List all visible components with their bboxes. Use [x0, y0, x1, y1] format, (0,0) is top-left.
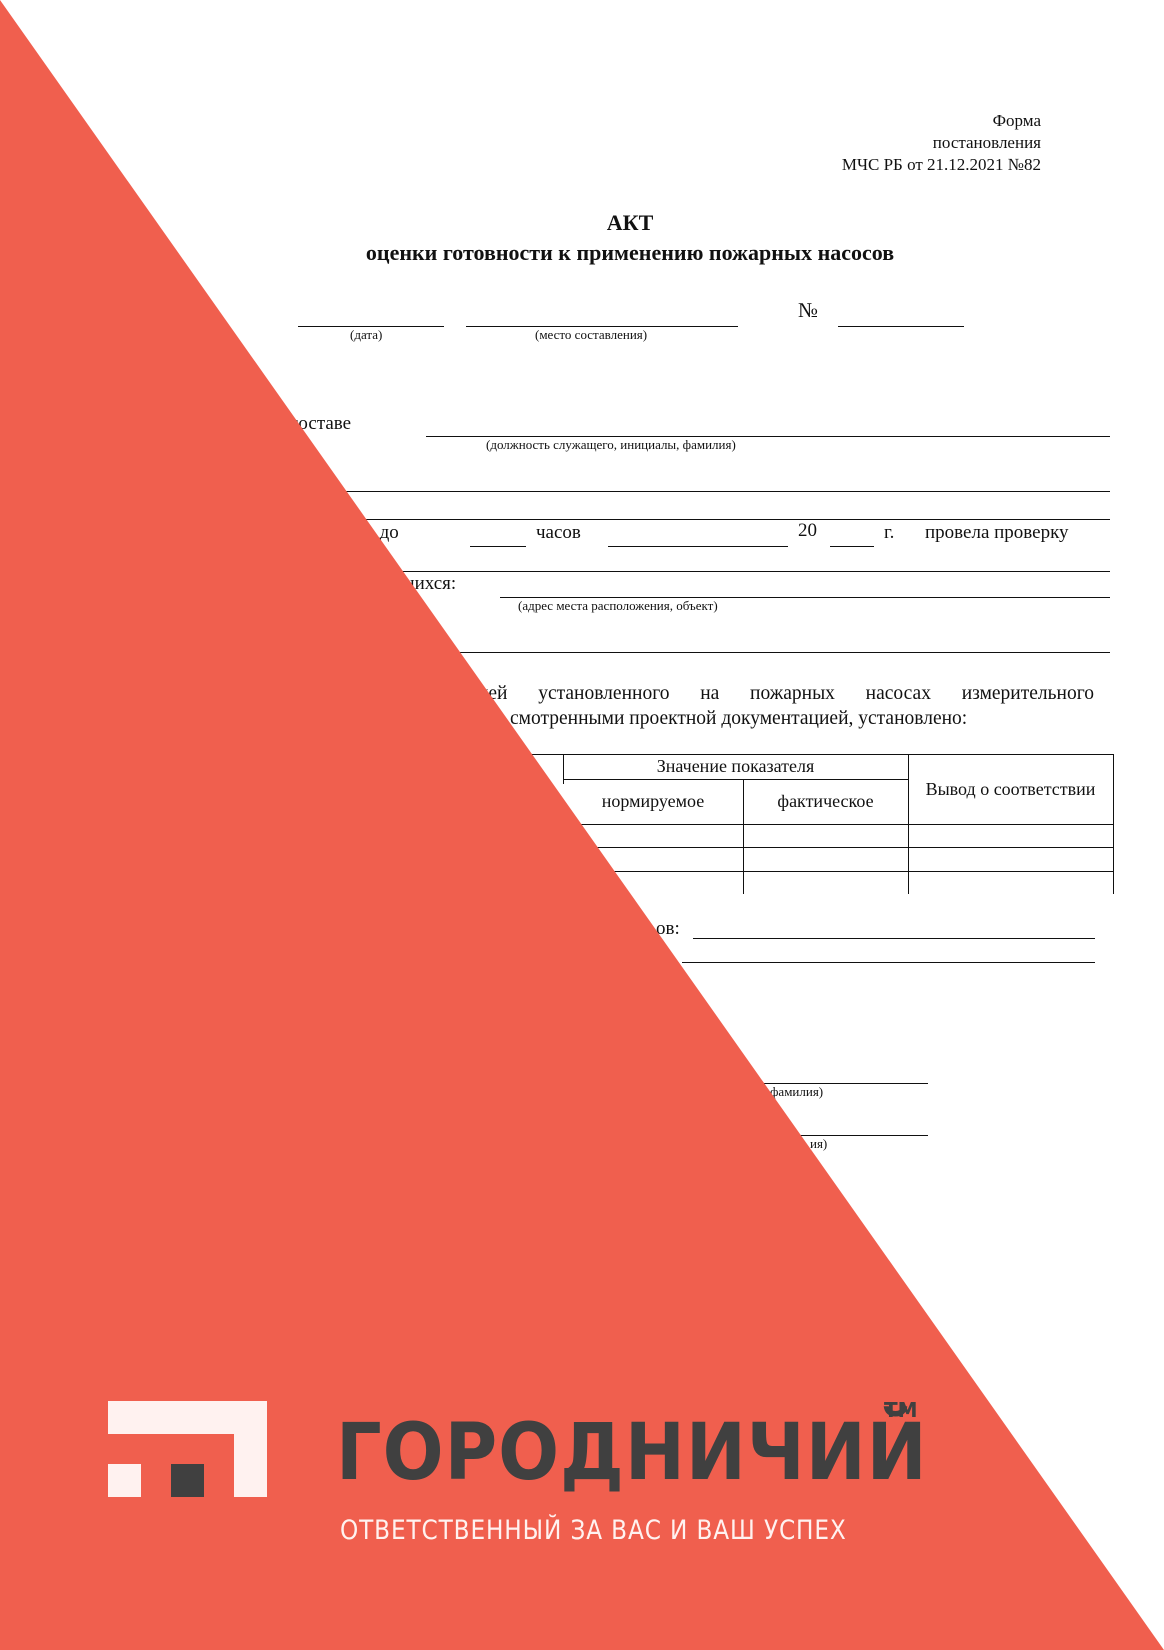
composition-line-3[interactable] — [334, 519, 1110, 520]
document-title: АКТ оценки готовности к применению пожар… — [0, 208, 1164, 268]
check-line[interactable] — [370, 571, 1110, 572]
form-resolution: постановления — [842, 132, 1041, 154]
number-line[interactable] — [838, 326, 964, 327]
located-label: щихся: — [400, 573, 456, 595]
year-prefix: 20 — [798, 520, 817, 542]
located-line-2[interactable] — [440, 652, 1110, 653]
date-check-line[interactable] — [608, 546, 788, 547]
title-main: АКТ — [0, 208, 1164, 238]
composition-line-2[interactable] — [314, 491, 1110, 492]
signature-caption-2: ия) — [810, 1136, 827, 1152]
composition-label: составе — [290, 413, 351, 435]
form-header: Форма постановления МЧС РБ от 21.12.2021… — [842, 110, 1041, 176]
paragraph-line-1: елей установленного на пожарных насосах … — [470, 683, 1094, 705]
year-line[interactable] — [830, 546, 874, 547]
form-label: Форма — [842, 110, 1041, 132]
number-sign: № — [798, 298, 818, 323]
located-caption: (адрес места расположения, объект) — [518, 598, 718, 614]
place-caption: (место составления) — [535, 327, 647, 343]
hours-from-label: часов до — [330, 522, 399, 544]
after-table-line[interactable] — [693, 938, 1095, 939]
title-sub: оценки готовности к применению пожарных … — [0, 238, 1164, 268]
signature-caption-1: фамилия) — [770, 1084, 823, 1100]
brand-tagline: ОТВЕТСТВЕННЫЙ ЗА ВАС И ВАШ УСПЕХ — [340, 1515, 847, 1546]
table-col-normative: нормируемое — [563, 791, 743, 812]
composition-caption: (должность служащего, инициалы, фамилия) — [486, 437, 736, 453]
hours-to-line[interactable] — [470, 546, 526, 547]
brand-name: ГОРОДНИЧИЙ — [336, 1408, 928, 1498]
year-suffix: г. — [884, 522, 894, 544]
table-col-conclusion: Вывод о соответствии — [908, 779, 1113, 800]
after-table-label: ов: — [656, 918, 680, 940]
signature-line-2[interactable] — [750, 1135, 928, 1136]
date-caption: (дата) — [350, 327, 382, 343]
after-table-line-2[interactable] — [682, 962, 1095, 963]
table-group-header: Значение показателя — [563, 756, 908, 777]
form-reference: МЧС РБ от 21.12.2021 №82 — [842, 154, 1041, 176]
brand-logo-icon — [108, 1401, 267, 1497]
paragraph-line-2: смотренными проектной документацией, уст… — [510, 708, 967, 730]
check-label: провела проверку — [925, 522, 1069, 544]
table-col-actual: фактическое — [743, 791, 908, 812]
brand-trademark: TM — [884, 1398, 918, 1422]
hours-label: часов — [536, 522, 581, 544]
